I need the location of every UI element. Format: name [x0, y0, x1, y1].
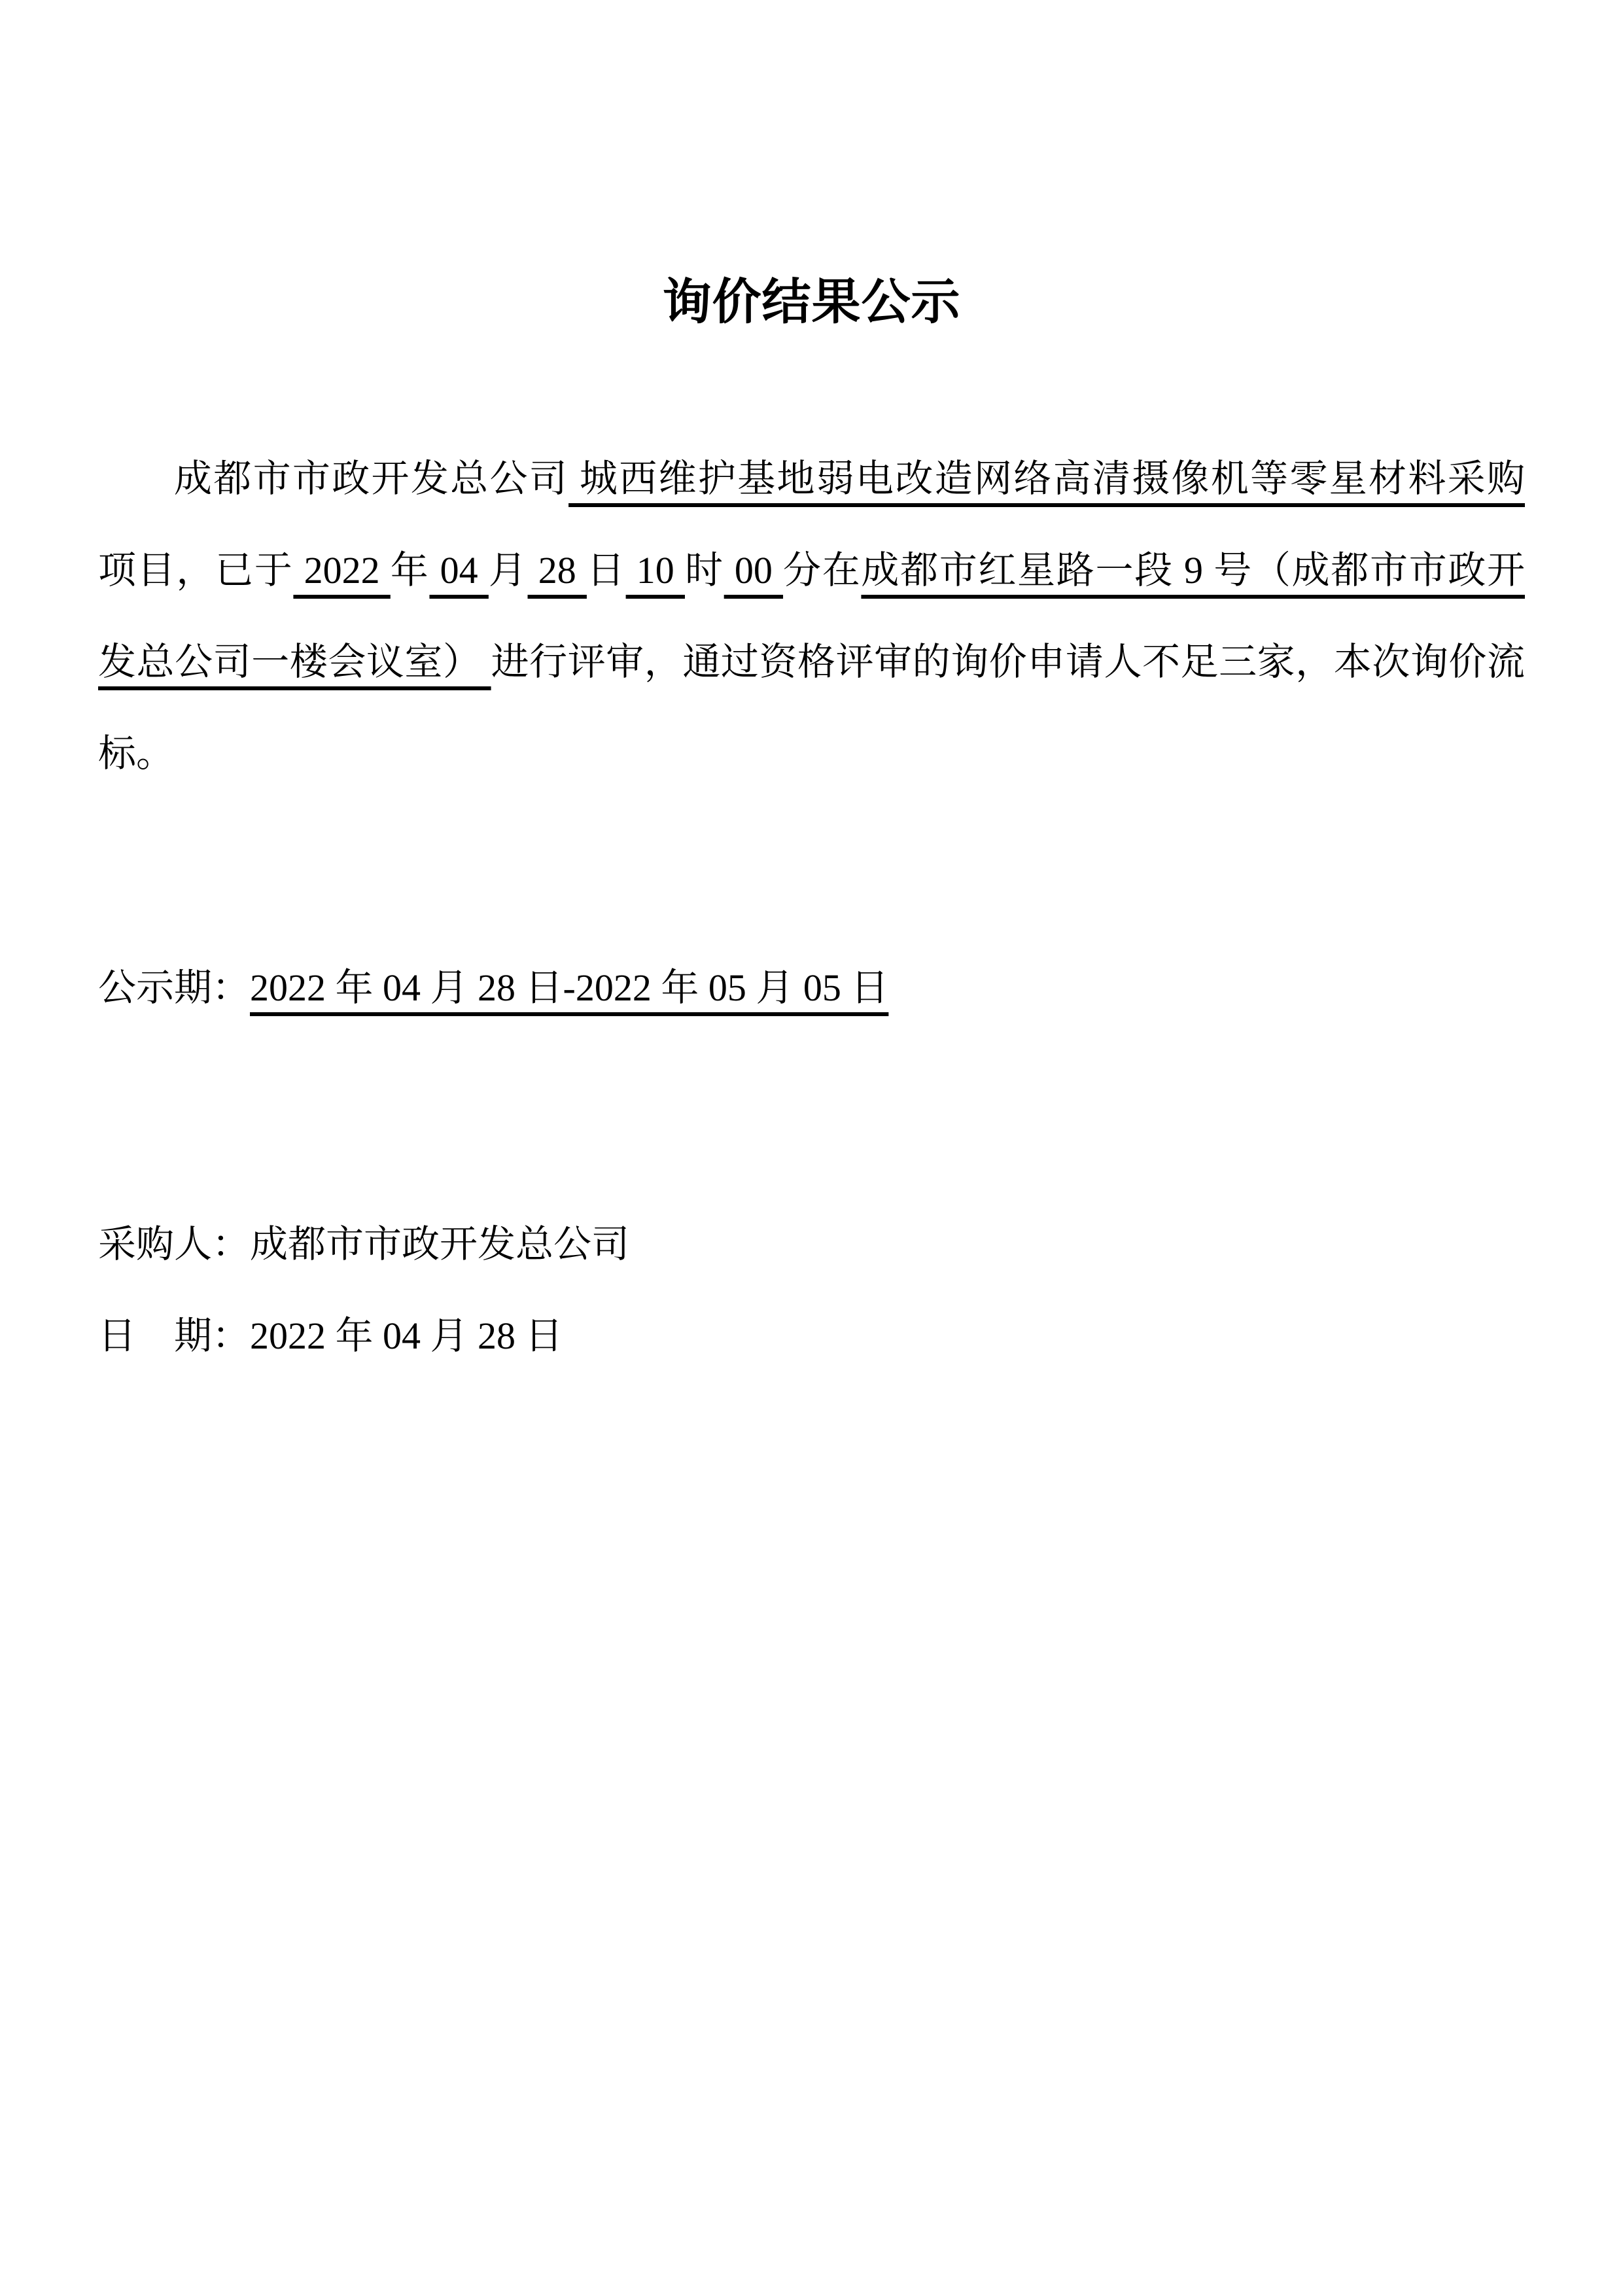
publicity-period-label: 公示期：	[98, 966, 250, 1009]
document-title: 询价结果公示	[0, 263, 1623, 333]
purchaser-name-text: 成都市市政开发总公司	[174, 457, 568, 500]
text-segment: 项目，已于	[98, 549, 293, 592]
date-line: 日 期：2022 年 04 月 28 日	[98, 1290, 629, 1382]
date-label: 日 期：	[98, 1315, 250, 1357]
year-underlined: 2022	[293, 549, 390, 592]
location-underlined: 成都市红星路一段 9 号（成都市市政开	[861, 549, 1525, 592]
text-segment: 标。	[98, 732, 174, 775]
purchaser-line: 采购人：成都市市政开发总公司	[98, 1199, 629, 1290]
text-segment: 时	[685, 549, 724, 592]
document-page: 询价结果公示 成都市市政开发总公司 城西维护基地弱电改造网络高清摄像机等零星材料…	[0, 0, 1623, 2296]
purchaser-label: 采购人：	[98, 1223, 250, 1265]
purchaser-value: 成都市市政开发总公司	[250, 1223, 629, 1265]
paragraph-line-3: 发总公司一楼会议室） 进行评审，通过资格评审的询价申请人不足三家，本次询价流	[98, 616, 1525, 708]
announcement-paragraph: 成都市市政开发总公司 城西维护基地弱电改造网络高清摄像机等零星材料采购 项目，已…	[98, 433, 1525, 800]
hour-underlined: 10	[626, 549, 685, 592]
publicity-period-line: 公示期：2022 年 04 月 28 日-2022 年 05 月 05 日	[98, 942, 888, 1034]
minute-underlined: 00	[724, 549, 783, 592]
text-segment: 年	[391, 549, 430, 592]
paragraph-line-4: 标。	[98, 708, 1525, 800]
date-value: 2022 年 04 月 28 日	[250, 1315, 563, 1357]
publicity-period-value: 2022 年 04 月 28 日-2022 年 05 月 05 日	[250, 966, 888, 1009]
signature-block: 采购人：成都市市政开发总公司 日 期：2022 年 04 月 28 日	[98, 1199, 629, 1382]
day-underlined: 28	[528, 549, 587, 592]
text-segment: 进行评审，通过资格评审的询价申请人不足三家，本次询价流	[491, 641, 1525, 683]
month-underlined: 04	[429, 549, 488, 592]
location-underlined-continued: 发总公司一楼会议室）	[98, 641, 491, 683]
paragraph-line-1: 成都市市政开发总公司 城西维护基地弱电改造网络高清摄像机等零星材料采购	[98, 433, 1525, 525]
text-segment: 分在	[783, 549, 861, 592]
paragraph-line-2: 项目，已于 2022 年 04 月 28 日 10 时 00 分在成都市红星路一…	[98, 525, 1525, 616]
text-segment: 日	[587, 549, 626, 592]
text-segment: 月	[489, 549, 528, 592]
project-name-underlined: 城西维护基地弱电改造网络高清摄像机等零星材料采购	[568, 457, 1525, 500]
